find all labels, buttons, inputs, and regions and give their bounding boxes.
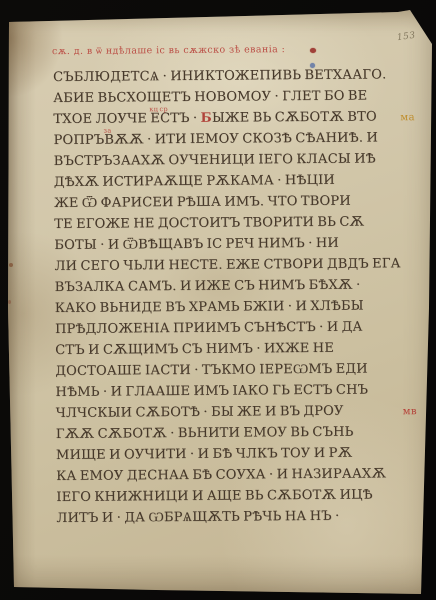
red-initial: Б xyxy=(201,111,212,126)
line-text: ДОСТОАШЕ ІАСТИ · ТЪКМО ІЕРЕѠМЪ ЕДИ xyxy=(55,362,367,379)
line-text: СТЪ И СѪЩИМЪ СЪ НИМЪ · ИХЖЕ НЕ xyxy=(55,341,334,358)
folio-number: 153 xyxy=(396,31,416,44)
manuscript-line: СЪБЛЮДЕТСѦ · ИНИКТОЖЕПИВЬ ВЕТХААГО. xyxy=(53,67,386,91)
manuscript-line: НѢМЬ · И ГЛААШЕ ИМЪ ІАКО ГЬ ЕСТЪ СНЪ xyxy=(55,383,368,406)
manuscript-line: ІЕГО КНИЖНИЦИ И АЩЕ ВЬ СѪБОТѪ ИЦѢ xyxy=(56,488,373,511)
manuscript-line: МИЩЕ И ОУЧИТИ · И БѢ ЧЛКЪ ТОУ И РѪ xyxy=(56,446,353,469)
manuscript-line: ДѢХѪ ИСТИРАѪЩЕ РѪКАМА · НѢЦІИ xyxy=(54,173,335,196)
line-text: ВЪЗАЛКА САМЪ. И ИЖЕ СЪ НИМЪ БѢХѪ · xyxy=(55,278,361,295)
lectionary-gloss: за xyxy=(103,124,111,139)
manuscript-line: ДОСТОАШЕ ІАСТИ · ТЪКМО ІЕРЕѠМЪ ЕДИ xyxy=(55,362,368,385)
line-text: БОТЫ · И ѾВѢЩАВЪ ІС РЕЧ НИМЪ · НИ xyxy=(54,236,339,253)
line-text: ЧЛЧСКЫИ СѪБОТѢ · БЫ ЖЕ И ВЪ ДРОУ xyxy=(56,404,344,421)
manuscript-line: АБИЕ ВЬСХОЩЕТЪ НОВОМОУ · ГЛЕТ БО ВЕ xyxy=(53,89,367,112)
manuscript-line: ВЪСТРЪЗААХѪ ОУЧЕНИЦИ ІЕГО КЛАСЫ ИѢ xyxy=(54,151,376,175)
manuscript-photo: 153 сѫ. д. в ѿ ндѣлаше іс вь сѫжско зѣ е… xyxy=(0,0,436,600)
line-text: ДѢХѪ ИСТИРАѪЩЕ РѪКАМА · НѢЦІИ xyxy=(54,173,335,190)
manuscript-line: РОПРЪВѪѪ · ИТИ ІЕМОУ СКОЗѢ СѢАНИѢ. Иза xyxy=(53,130,378,154)
margin-section-number: мв xyxy=(403,404,418,419)
line-text: ВЪСТРЪЗААХѪ ОУЧЕНИЦИ ІЕГО КЛАСЫ ИѢ xyxy=(54,151,376,169)
line-text: ГѪѪ СѪБОТѪ · ВЬНИТИ ЕМОУ ВЬ СЪНЬ xyxy=(56,425,354,442)
line-text: ТЕ ЕГОЖЕ НЕ ДОСТОИТЪ ТВОРИТИ ВЬ СѪ xyxy=(54,215,364,232)
line-text: ПРѢДЛОЖЕНІА ПРИИМЪ СЪНѢСТЪ · И ДА xyxy=(55,320,363,337)
manuscript-line: ГѪѪ СѪБОТѪ · ВЬНИТИ ЕМОУ ВЬ СЪНЬ xyxy=(56,425,354,448)
margin-speck xyxy=(8,300,11,304)
manuscript-line: ЖЕ Ѿ ФАРИСЕИ РѢША ИМЪ. ЧТО ТВОРИ xyxy=(54,194,351,217)
manuscript-line: ЛИТЪ И · ДА ѠБРѦЩѪТЬ РѢЧЬ НА НЪ · xyxy=(56,509,339,532)
manuscript-line: КА ЕМОУ ДЕСНАА БѢ СОУХА · И НАЗИРААХѪ xyxy=(56,466,386,490)
manuscript-line: ТЕ ЕГОЖЕ НЕ ДОСТОИТЪ ТВОРИТИ ВЬ СѪ xyxy=(54,215,364,238)
rubric-line: сѫ. д. в ѿ ндѣлаше іс вь сѫжско зѣ евані… xyxy=(52,44,312,57)
manuscript-line: ЧЛЧСКЫИ СѪБОТѢ · БЫ ЖЕ И ВЪ ДРОУмв xyxy=(56,404,344,427)
line-text: НѢМЬ · И ГЛААШЕ ИМЪ ІАКО ГЬ ЕСТЪ СНЪ xyxy=(55,383,368,400)
line-text: ЖЕ Ѿ ФАРИСЕИ РѢША ИМЪ. ЧТО ТВОРИ xyxy=(54,194,351,211)
parchment-page: 153 сѫ. д. в ѿ ндѣлаше іс вь сѫжско зѣ е… xyxy=(6,8,432,596)
manuscript-line: СТЪ И СѪЩИМЪ СЪ НИМЪ · ИХЖЕ НЕ xyxy=(55,341,334,364)
line-text: ЫЖЕ ВЬ СѪБОТѪ ВТО xyxy=(212,109,377,125)
manuscript-line: БОТЫ · И ѾВѢЩАВЪ ІС РЕЧ НИМЪ · НИ xyxy=(54,236,339,259)
manuscript-line: ЛИ СЕГО ЧЬЛИ НЕСТЕ. ЕЖЕ СТВОРИ ДВДЪ ЕГА xyxy=(54,256,400,280)
lectionary-gloss: кц ср xyxy=(149,102,168,117)
line-text: ЛИ СЕГО ЧЬЛИ НЕСТЕ. ЕЖЕ СТВОРИ ДВДЪ ЕГА xyxy=(54,256,400,274)
line-text: ЛИТЪ И · ДА ѠБРѦЩѪТЬ РѢЧЬ НА НЪ · xyxy=(56,509,339,526)
manuscript-line: ПРѢДЛОЖЕНІА ПРИИМЪ СЪНѢСТЪ · И ДА xyxy=(55,320,363,343)
red-pigment-dot xyxy=(310,48,316,53)
line-text: МИЩЕ И ОУЧИТИ · И БѢ ЧЛКЪ ТОУ И РѪ xyxy=(56,446,352,463)
manuscript-line: ВЪЗАЛКА САМЪ. И ИЖЕ СЪ НИМЪ БѢХѪ · xyxy=(55,278,361,301)
margin-section-number: ма xyxy=(400,110,415,125)
line-text: ІЕГО КНИЖНИЦИ И АЩЕ ВЬ СѪБОТѪ ИЦѢ xyxy=(56,488,373,505)
text-block: СЪБЛЮДЕТСѦ · ИНИКТОЖЕПИВЬ ВЕТХААГО.АБИЕ … xyxy=(53,67,413,540)
line-text: АБИЕ ВЬСХОЩЕТЪ НОВОМОУ · ГЛЕТ БО ВЕ xyxy=(53,89,367,106)
line-text: РОПРЪВѪѪ · ИТИ ІЕМОУ СКОЗѢ СѢАНИѢ. И xyxy=(53,130,378,148)
margin-speck xyxy=(9,263,13,267)
manuscript-line: КАКО ВЬНИДЕ ВЪ ХРАМЬ БЖІИ · И ХЛѢБЫ xyxy=(55,299,364,322)
line-text: КАКО ВЬНИДЕ ВЪ ХРАМЬ БЖІИ · И ХЛѢБЫ xyxy=(55,299,364,316)
line-text: СЪБЛЮДЕТСѦ · ИНИКТОЖЕПИВЬ ВЕТХААГО. xyxy=(53,67,386,85)
line-text: КА ЕМОУ ДЕСНАА БѢ СОУХА · И НАЗИРААХѪ xyxy=(56,466,386,484)
line-text: ТХОЕ ЛОУЧЕ ЕСТЪ · xyxy=(53,111,200,127)
manuscript-line: ТХОЕ ЛОУЧЕ ЕСТЪ · БЫЖЕ ВЬ СѪБОТѪ ВТОмакц… xyxy=(53,109,377,133)
